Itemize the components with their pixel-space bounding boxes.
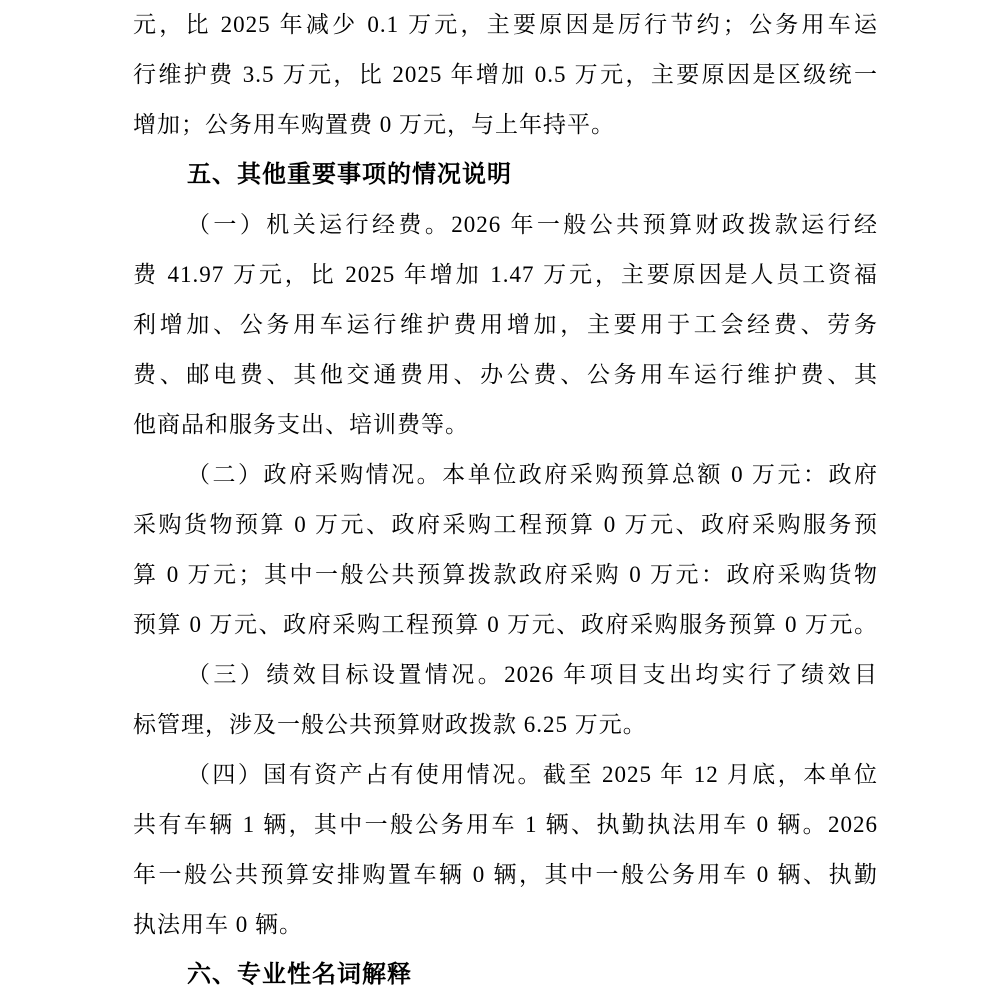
document-page: 元，比 2025 年减少 0.1 万元，主要原因是厉行节约；公务用车运 行维护费… [0, 0, 1000, 1002]
text-line: 算 0 万元；其中一般公共预算拨款政府采购 0 万元：政府采购货物 [133, 550, 878, 600]
text-block: 元，比 2025 年减少 0.1 万元，主要原因是厉行节约；公务用车运 行维护费… [133, 0, 878, 1000]
text-line: 采购货物预算 0 万元、政府采购工程预算 0 万元、政府采购服务预 [133, 500, 878, 550]
text-line: 增加；公务用车购置费 0 万元，与上年持平。 [133, 100, 878, 150]
text-line: （二）政府采购情况。本单位政府采购预算总额 0 万元：政府 [133, 450, 878, 500]
text-line: 费、邮电费、其他交通费用、办公费、公务用车运行维护费、其 [133, 350, 878, 400]
text-line: 他商品和服务支出、培训费等。 [133, 400, 878, 450]
text-line: （一）机关运行经费。2026 年一般公共预算财政拨款运行经 [133, 200, 878, 250]
section-heading: 六、专业性名词解释 [133, 950, 878, 1000]
section-heading: 五、其他重要事项的情况说明 [133, 150, 878, 200]
text-line: （三）绩效目标设置情况。2026 年项目支出均实行了绩效目 [133, 650, 878, 700]
text-line: 行维护费 3.5 万元，比 2025 年增加 0.5 万元，主要原因是区级统一 [133, 50, 878, 100]
text-line: 利增加、公务用车运行维护费用增加，主要用于工会经费、劳务 [133, 300, 878, 350]
text-line: 预算 0 万元、政府采购工程预算 0 万元、政府采购服务预算 0 万元。 [133, 600, 878, 650]
text-line: 元，比 2025 年减少 0.1 万元，主要原因是厉行节约；公务用车运 [133, 0, 878, 50]
text-line: （四）国有资产占有使用情况。截至 2025 年 12 月底，本单位 [133, 750, 878, 800]
text-line: 共有车辆 1 辆，其中一般公务用车 1 辆、执勤执法用车 0 辆。2026 [133, 800, 878, 850]
text-line: 执法用车 0 辆。 [133, 900, 878, 950]
text-line: 年一般公共预算安排购置车辆 0 辆，其中一般公务用车 0 辆、执勤 [133, 850, 878, 900]
text-line: 费 41.97 万元，比 2025 年增加 1.47 万元，主要原因是人员工资福 [133, 250, 878, 300]
text-line: 标管理，涉及一般公共预算财政拨款 6.25 万元。 [133, 700, 878, 750]
